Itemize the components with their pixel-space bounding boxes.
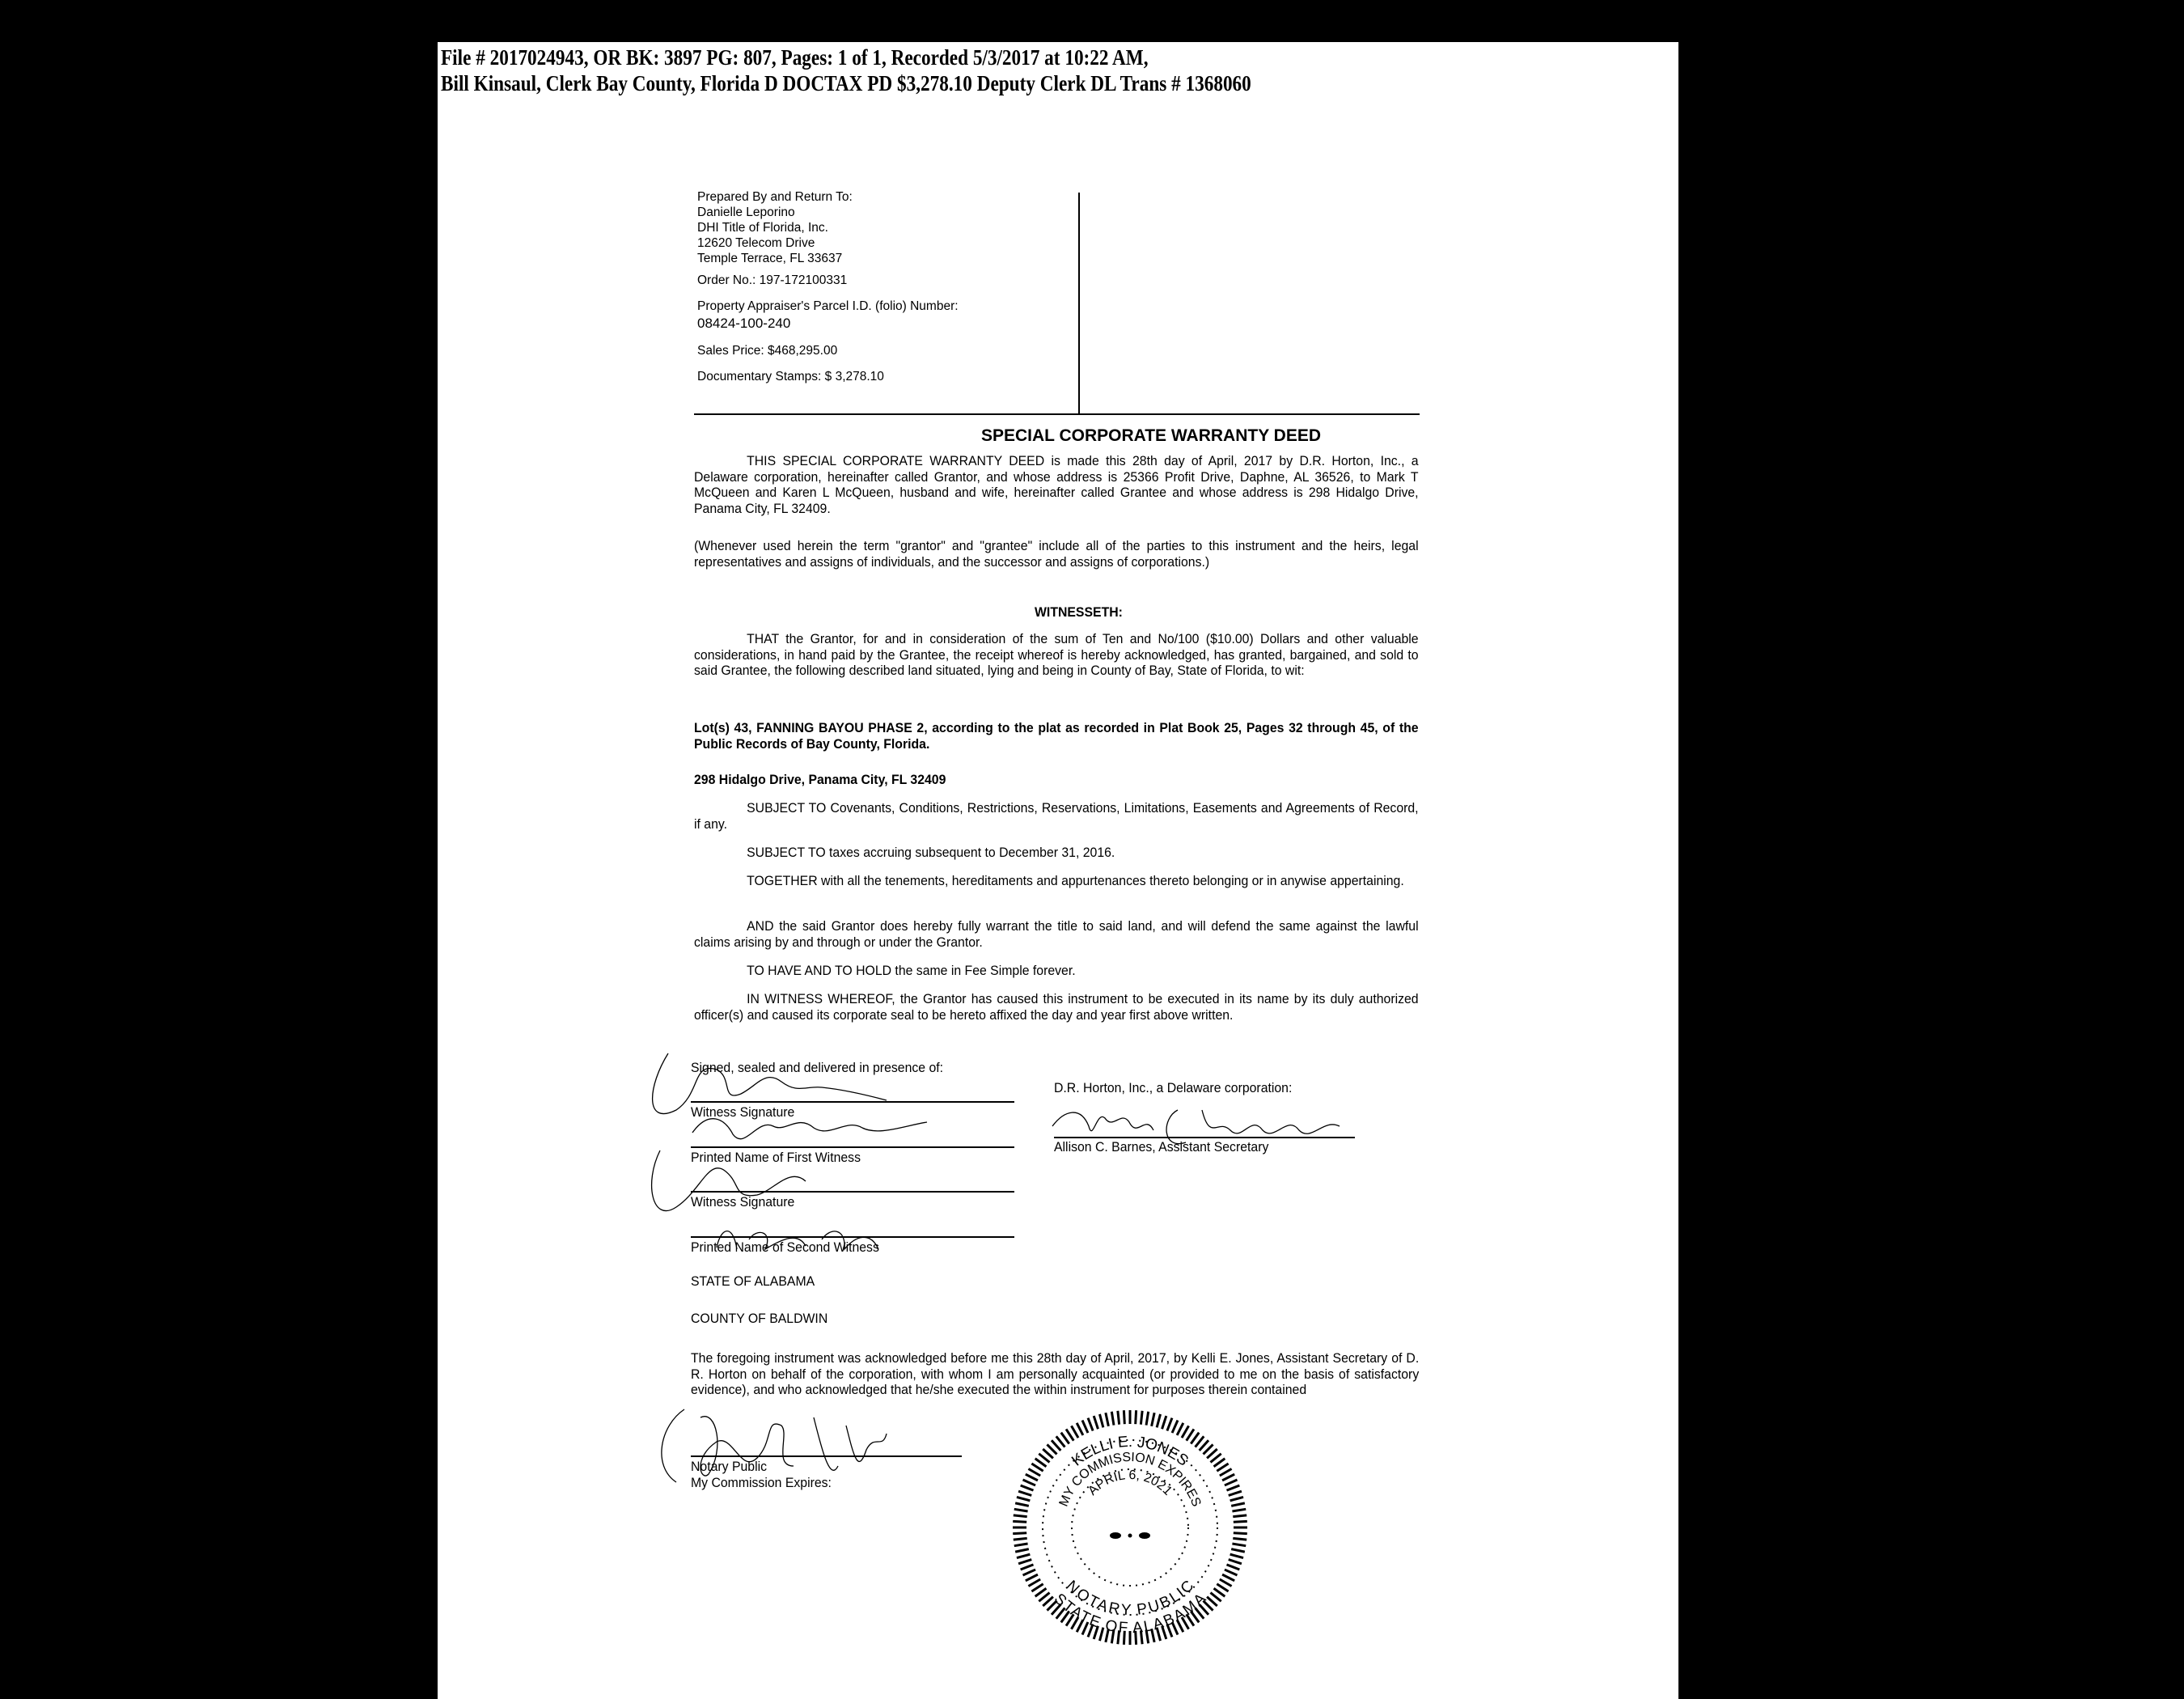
witness2-name-label: Printed Name of Second Witness <box>691 1239 879 1256</box>
svg-text:NOTARY PUBLIC: NOTARY PUBLIC <box>1063 1578 1197 1620</box>
clause-in-witness: IN WITNESS WHEREOF, the Grantor has caus… <box>694 991 1419 1023</box>
recording-header-line-2: Bill Kinsaul, Clerk Bay County, Florida … <box>441 71 1251 96</box>
deed-title: SPECIAL CORPORATE WARRANTY DEED <box>981 426 1321 446</box>
consideration-paragraph: THAT the Grantor, for and in considerati… <box>694 631 1419 679</box>
clause-covenants: SUBJECT TO Covenants, Conditions, Restri… <box>694 800 1419 832</box>
clause-warranty: AND the said Grantor does hereby fully w… <box>694 918 1419 950</box>
signed-in-presence-label: Signed, sealed and delivered in presence… <box>691 1060 943 1076</box>
grantor-label: D.R. Horton, Inc., a Delaware corporatio… <box>1054 1080 1292 1096</box>
header-rule <box>694 413 1420 415</box>
clause-taxes: SUBJECT TO taxes accruing subsequent to … <box>694 845 1419 861</box>
witness2-signature-label: Witness Signature <box>691 1194 794 1210</box>
seal-commission: MY COMMISSION EXPIRES <box>1057 1451 1204 1509</box>
definitions-paragraph: (Whenever used herein the term "grantor"… <box>694 538 1419 570</box>
svg-text:APRIL 6, 2021: APRIL 6, 2021 <box>1086 1468 1175 1498</box>
svg-text:MY COMMISSION EXPIRES: MY COMMISSION EXPIRES <box>1057 1451 1204 1509</box>
preparer-company: DHI Title of Florida, Inc. <box>697 220 828 235</box>
recording-header-line-1: File # 2017024943, OR BK: 3897 PG: 807, … <box>441 45 1149 70</box>
deed-page: File # 2017024943, OR BK: 3897 PG: 807, … <box>438 42 1678 1699</box>
notary-public-label: Notary Public <box>691 1459 767 1475</box>
notary-county: COUNTY OF BALDWIN <box>691 1311 827 1327</box>
clause-habendum: TO HAVE AND TO HOLD the same in Fee Simp… <box>694 963 1419 979</box>
recording-area-divider <box>1078 193 1080 414</box>
witness1-name-label: Printed Name of First Witness <box>691 1150 861 1166</box>
clause-together: TOGETHER with all the tenements, heredit… <box>694 873 1419 889</box>
seal-name: KELLI E. JONES <box>1069 1434 1191 1470</box>
intro-paragraph: THIS SPECIAL CORPORATE WARRANTY DEED is … <box>694 453 1419 516</box>
preparer-city: Temple Terrace, FL 33637 <box>697 251 842 266</box>
grantor-signer: Allison C. Barnes, Assistant Secretary <box>1054 1139 1268 1155</box>
parcel-label: Property Appraiser's Parcel I.D. (folio)… <box>697 299 959 314</box>
witness2-name-line <box>691 1236 1014 1238</box>
order-number: Order No.: 197-172100331 <box>697 273 847 288</box>
seal-date: APRIL 6, 2021 <box>1086 1468 1175 1498</box>
prepared-by-label: Prepared By and Return To: <box>697 189 853 205</box>
witness2-signature-line <box>691 1191 1014 1193</box>
preparer-name: Danielle Leporino <box>697 205 795 220</box>
legal-description: Lot(s) 43, FANNING BAYOU PHASE 2, accord… <box>694 720 1419 752</box>
acknowledgment-paragraph: The foregoing instrument was acknowledge… <box>691 1350 1419 1398</box>
witness1-signature-line <box>691 1101 1014 1103</box>
svg-text:KELLI E. JONES: KELLI E. JONES <box>1069 1434 1191 1470</box>
witness1-name-line <box>691 1146 1014 1148</box>
seal-title: NOTARY PUBLIC <box>1063 1578 1197 1620</box>
commission-expires-label: My Commission Expires: <box>691 1475 832 1491</box>
notary-signature-line <box>691 1455 962 1457</box>
sales-price: Sales Price: $468,295.00 <box>697 343 837 358</box>
preparer-street: 12620 Telecom Drive <box>697 235 815 251</box>
grantor-signature-line <box>1054 1137 1355 1138</box>
parcel-number: 08424-100-240 <box>697 316 790 331</box>
notary-state: STATE OF ALABAMA <box>691 1273 815 1290</box>
property-address: 298 Hidalgo Drive, Panama City, FL 32409 <box>694 772 946 788</box>
notary-seal-icon: KELLI E. JONES MY COMMISSION EXPIRES APR… <box>1009 1406 1251 1649</box>
witnesseth-heading: WITNESSETH: <box>1035 604 1123 621</box>
svg-text:STATE OF ALABAMA: STATE OF ALABAMA <box>1051 1591 1210 1638</box>
seal-state: STATE OF ALABAMA <box>1051 1591 1210 1638</box>
witness1-signature-label: Witness Signature <box>691 1104 794 1121</box>
documentary-stamps: Documentary Stamps: $ 3,278.10 <box>697 369 884 384</box>
